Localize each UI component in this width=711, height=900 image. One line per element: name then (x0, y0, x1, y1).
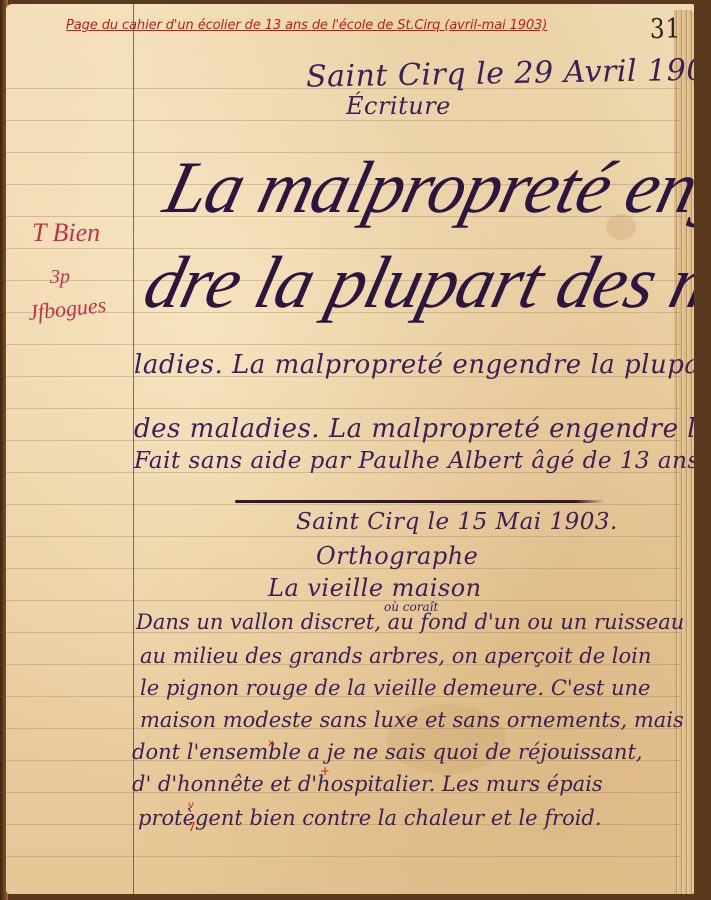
dictation-line: au milieu des grands arbres, on aperçoit… (140, 644, 651, 668)
ruled-line (6, 120, 682, 121)
page-caption: Page du cahier d'un écolier de 13 ans de… (66, 18, 547, 33)
teacher-points: 3p (50, 266, 70, 289)
dictation-line: Dans un vallon discret, au fond d'un ou … (136, 610, 684, 634)
ruled-line (6, 536, 682, 537)
dictation-subject: Orthographe (316, 542, 478, 570)
copy-line-2: des maladies. La malpropreté engendre la… (134, 414, 694, 444)
teacher-grade: T Bien (32, 218, 100, 248)
model-line-2: dre la plupart des ma- (136, 241, 694, 326)
dictation-line: d' d'honnête et d'hospitalier. Les murs … (132, 772, 603, 796)
red-correction-mark: v (188, 800, 194, 811)
ruled-line (6, 856, 682, 857)
dictation-date-line: Saint Cirq le 15 Mai 1903. (296, 509, 618, 535)
ruled-line (6, 344, 682, 345)
red-correction-mark: x (268, 738, 274, 749)
student-signature-line: Fait sans aide par Paulhe Albert âgé de … (134, 448, 694, 474)
dictation-title: La vieille maison (268, 574, 482, 602)
dictation-line: protègent bien contre la chaleur et le f… (138, 806, 602, 830)
page-number: 31 (650, 14, 681, 45)
copy-line-1: ladies. La malpropreté engendre la plupa… (134, 350, 694, 380)
model-line-1: La malpropreté engen- (156, 146, 694, 231)
notebook-page: Page du cahier d'un écolier de 13 ans de… (6, 4, 694, 894)
ruled-line (6, 408, 682, 409)
red-correction-mark: + (320, 764, 330, 778)
section-separator (235, 500, 605, 503)
red-correction-mark: 7 (188, 820, 196, 834)
dictation-line: maison modeste sans luxe et sans ornemen… (140, 708, 684, 732)
teacher-signature: Jfbogues (27, 292, 107, 326)
writing-subject: Écriture (346, 92, 451, 120)
writing-date-line: Saint Cirq le 29 Avril 1903 (306, 52, 694, 94)
dictation-line: dont l'ensemble a je ne sais quoi de réj… (132, 740, 643, 764)
ruled-line (6, 504, 682, 505)
dictation-line: le pignon rouge de la vieille demeure. C… (140, 676, 650, 700)
